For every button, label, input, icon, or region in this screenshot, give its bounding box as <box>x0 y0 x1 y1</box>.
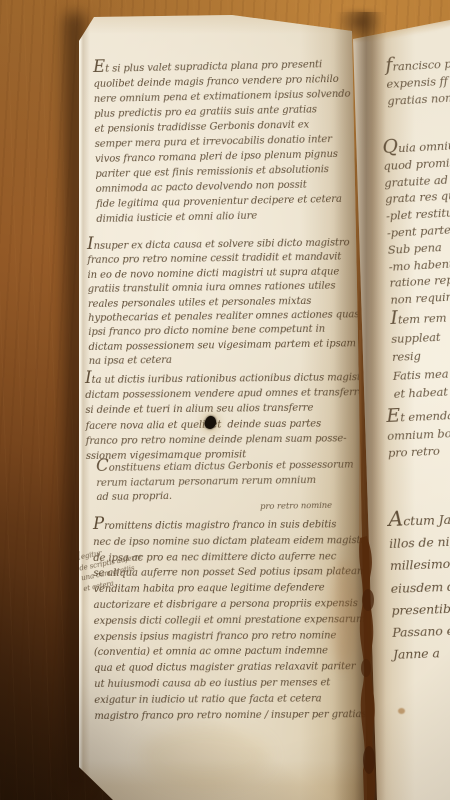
manuscript-line: non requiratur <box>390 287 450 308</box>
manuscript-line: Promittens dictis magistro franco in sui… <box>93 515 371 535</box>
manuscript-line: pro retro <box>388 441 450 462</box>
manuscript-line: ut huiusmodi causa ab eo iustius per men… <box>94 675 372 693</box>
manuscript-photo: Et si plus valet supradicta plana pro pr… <box>0 0 450 800</box>
manuscript-line: Et emendare <box>386 405 450 428</box>
manuscript-line: nec de ipso nomine suo dictam plateam ei… <box>93 533 371 551</box>
right-fragment-et: Et emendareomnium bonopro retro <box>386 405 450 463</box>
gutter-shadow <box>334 12 386 800</box>
manuscript-line: de ipsa ac pro ea nec dimittere dicto au… <box>93 549 371 567</box>
manuscript-line: eiusdem die p <box>390 573 450 600</box>
right-fragment-actum: Actum Janueillos de nigromillesimo CCCCe… <box>388 506 450 667</box>
manuscript-line: Janne a <box>393 640 450 667</box>
manuscript-line: Fatis mea <box>392 364 449 385</box>
manuscript-line: qua et quod dictus magister gratias rela… <box>94 659 372 677</box>
manuscript-line: Passano et <box>392 618 450 645</box>
paper-stain <box>140 726 270 786</box>
right-fragment-mid: Item remsuppleatresigFatis meaet habeat <box>390 308 450 404</box>
manuscript-line: magistro franco pro retro nomine / insup… <box>94 707 372 725</box>
manuscript-line: presentibus testibus <box>391 595 450 622</box>
manuscript-line: illos de nigro <box>389 529 450 556</box>
manuscript-line: se aliqua auferre non posset Sed potius … <box>93 564 371 582</box>
manuscript-line: resig <box>392 346 449 367</box>
manuscript-line: et habeat <box>393 383 450 404</box>
manuscript-line: suppleat <box>391 327 448 348</box>
manuscript-line: exigatur in iudicio ut ratio que facta e… <box>94 691 372 709</box>
interlinear-note: pro retro nomine <box>260 501 332 512</box>
right-fragment-top: francisco pro illeexpensis ff ipsiusgrat… <box>385 52 450 110</box>
manuscript-line: omnium bono <box>387 424 450 445</box>
manuscript-line: millesimo CCCC <box>390 551 450 578</box>
manuscript-line: Actum Janue <box>388 506 450 534</box>
paper-freckle <box>398 708 405 714</box>
manuscript-line: (conventia) et omnia ac omne pactum inde… <box>94 643 372 661</box>
paragraph-4: Constituens etiam dictus Gerbonis et pos… <box>96 455 354 505</box>
paragraph-1: Et si plus valet supradicta plana pro pr… <box>93 55 353 227</box>
manuscript-line: Item rem <box>390 308 447 330</box>
right-fragment-q: Quia omniumquod promisitgratuite ad grag… <box>382 134 450 308</box>
